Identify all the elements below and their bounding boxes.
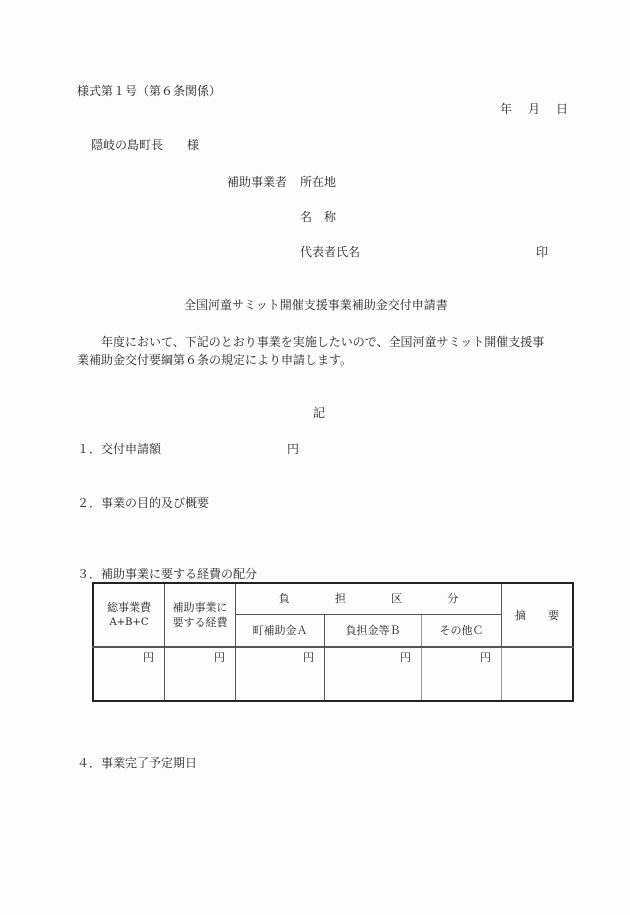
- subsidy-cost-label-1: 補助事業に: [165, 600, 235, 615]
- form-number: 様式第１号（第６条関係）: [77, 83, 221, 99]
- header-contribution-b: 負担金等Ｂ: [325, 614, 422, 647]
- cell-remarks[interactable]: [502, 647, 574, 701]
- applicant-label: 補助事業者: [227, 174, 287, 190]
- name-label: 名 称: [300, 209, 336, 225]
- total-cost-label: 総事業費: [94, 600, 164, 615]
- body-line-1: 年度において、下記のとおり事業を実施したいので、全国河童サミット開催支援事: [77, 333, 544, 351]
- addressee: 隠岐の島町長 様: [91, 137, 199, 153]
- cost-allocation-table: 総事業費 A+B+C 補助事業に 要する経費 負 担 区 分 摘 要 町補助金Ａ…: [92, 582, 574, 702]
- cell-contribution-b[interactable]: 円: [325, 647, 422, 701]
- body-line-2: 業補助金交付要綱第６条の規定により申請します。: [77, 351, 352, 369]
- date-line: 年 月 日: [500, 101, 570, 117]
- seal-label: 印: [536, 244, 548, 260]
- ki-heading: 記: [313, 405, 325, 421]
- burden-char-1: 負: [279, 591, 290, 606]
- total-cost-formula: A+B+C: [94, 615, 164, 630]
- burden-char-3: 区: [391, 591, 402, 606]
- cell-total-cost[interactable]: 円: [93, 647, 165, 701]
- section-1-label: １．交付申請額: [77, 441, 161, 457]
- cell-other-c[interactable]: 円: [422, 647, 502, 701]
- address-label: 所在地: [300, 174, 336, 190]
- subsidy-cost-label-2: 要する経費: [165, 615, 235, 630]
- header-other-c: その他Ｃ: [422, 614, 502, 647]
- burden-char-4: 分: [447, 591, 458, 606]
- section-1-unit: 円: [287, 441, 299, 457]
- header-town-subsidy-a: 町補助金Ａ: [236, 614, 325, 647]
- header-burden-category: 負 担 区 分: [236, 583, 502, 614]
- cell-town-subsidy-a[interactable]: 円: [236, 647, 325, 701]
- section-3-label: ３．補助事業に要する経費の配分: [77, 566, 257, 582]
- section-4-label: ４．事業完了予定期日: [77, 755, 197, 771]
- representative-label: 代表者氏名: [300, 244, 360, 260]
- cell-subsidy-cost[interactable]: 円: [165, 647, 236, 701]
- header-total-cost: 総事業費 A+B+C: [93, 583, 165, 647]
- header-remarks: 摘 要: [502, 583, 574, 647]
- burden-char-2: 担: [335, 591, 346, 606]
- section-2-label: ２．事業の目的及び概要: [77, 495, 209, 511]
- document-title: 全国河童サミット開催支援事業補助金交付申請書: [184, 297, 448, 313]
- header-subsidy-cost: 補助事業に 要する経費: [165, 583, 236, 647]
